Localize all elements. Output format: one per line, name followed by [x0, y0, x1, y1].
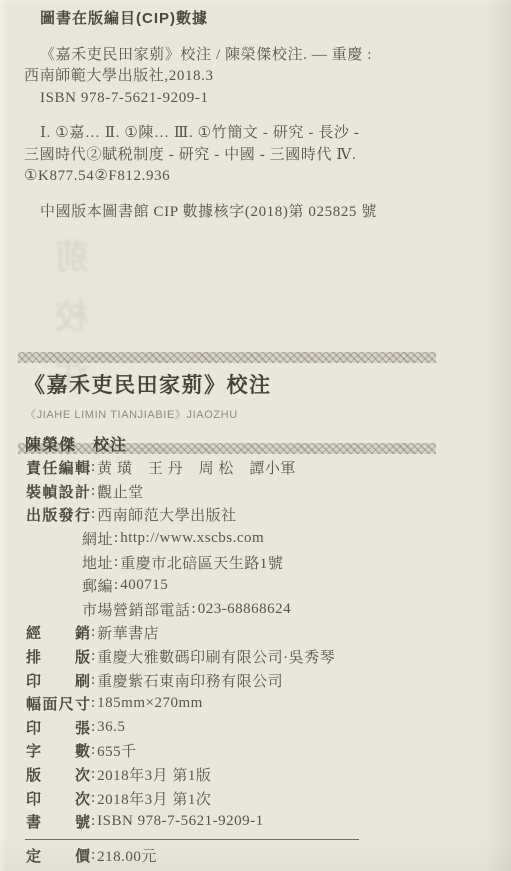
colophon-row-impression: 印次:2018年3月 第1次: [26, 786, 501, 810]
cip-classification-line-1: Ⅰ. ①嘉… Ⅱ. ①陳… Ⅲ. ①竹簡文 - 研究 - 長沙 -: [40, 123, 501, 145]
cip-record-line-2: 西南師範大學出版社,2018.3: [24, 66, 501, 88]
author-line: 陳榮傑 校注: [25, 432, 272, 455]
cip-block: 圖書在版編目(CIP)數據 《嘉禾吏民田家莂》校注 / 陳榮傑校注. — 重慶 …: [0, 8, 501, 223]
colophon-row-isbn: 書號:ISBN 978-7-5621-9209-1: [26, 810, 501, 834]
colophon-row-publisher: 出版發行:西南師范大學出版社: [26, 503, 501, 527]
colophon-row-marketing-phone: 市場營銷部電話:023-68868624: [26, 598, 501, 622]
colophon-row-design: 裝幀設計:觀止堂: [26, 480, 501, 504]
colophon-row-edition: 版次:2018年3月 第1版: [26, 763, 501, 787]
colophon-block: 責任編輯:黄 璜 王 丹 周 松 譚小軍 裝幀設計:觀止堂 出版發行:西南師范大…: [26, 456, 501, 867]
colophon-row-wordcount: 字數:655千: [26, 739, 501, 763]
ornamental-band-top: [18, 352, 436, 363]
cip-record-line-1: 《嘉禾吏民田家莂》校注 / 陳榮傑校注. — 重慶 :: [40, 45, 501, 67]
colophon-row-price: 定價:218.00元: [26, 844, 501, 868]
colophon-row-dimensions: 幅面尺寸:185mm×270mm: [26, 692, 501, 716]
colophon-row-editor: 責任編輯:黄 璜 王 丹 周 松 譚小軍: [26, 456, 501, 480]
cip-header: 圖書在版編目(CIP)數據: [40, 8, 501, 30]
book-title-romanized: 《JIAHE LIMIN TIANJIABIE》JIAOZHU: [25, 406, 272, 422]
colophon-row-website: 網址:http://www.xscbs.com: [26, 527, 501, 551]
colophon-row-postcode: 郵編:400715: [26, 574, 501, 598]
colophon-row-typesetting: 排版:重慶大雅數碼印刷有限公司·吳秀琴: [26, 645, 501, 669]
cip-classification-line-3: ①K877.54②F812.936: [24, 166, 501, 188]
cip-isbn-line: ISBN 978-7-5621-9209-1: [40, 88, 501, 110]
colophon-row-distributor: 經銷:新華書店: [26, 621, 501, 645]
colophon-row-sheets: 印張:36.5: [26, 716, 501, 740]
colophon-row-printing: 印刷:重慶紫石東南印務有限公司: [26, 668, 501, 692]
colophon-row-address: 地址:重慶市北碚區天生路1號: [26, 550, 501, 574]
price-divider-rule: [25, 839, 359, 840]
cip-record-number-line: 中國版本圖書館 CIP 數據核字(2018)第 025825 號: [40, 202, 501, 224]
cip-classification-line-2: 三國時代②賦税制度 - 研究 - 中國 - 三國時代 Ⅳ.: [24, 145, 501, 167]
title-block: 《嘉禾吏民田家莂》校注 《JIAHE LIMIN TIANJIABIE》JIAO…: [24, 369, 272, 455]
book-title: 《嘉禾吏民田家莂》校注: [24, 369, 272, 399]
book-copyright-page: 圖書在版編目(CIP)數據 《嘉禾吏民田家莂》校注 / 陳榮傑校注. — 重慶 …: [0, 0, 511, 871]
